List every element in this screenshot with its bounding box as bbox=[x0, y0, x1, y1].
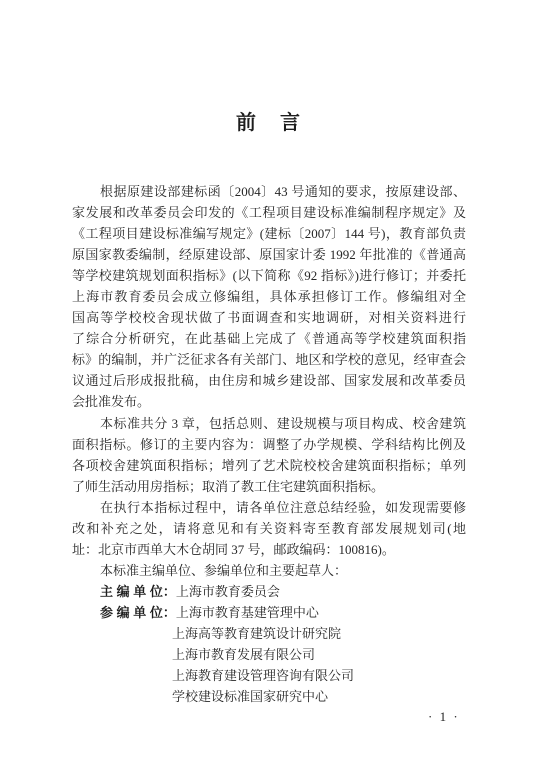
body-line: 原国家教委编制，经原建设部、原国家计委 1992 年批准的《普通高 bbox=[72, 244, 466, 265]
body-line: 本标准共分 3 章，包括总则、建设规模与项目构成、校舍建筑 bbox=[72, 413, 466, 434]
body-line: 本标准主编单位、参编单位和主要起草人： bbox=[72, 560, 466, 581]
body-line: 面积指标。修订的主要内容为：调整了办学规模、学科结构比例及 bbox=[72, 434, 466, 455]
chief-editor-value: 上海市教育委员会 bbox=[176, 584, 280, 599]
body-line: 《工程项目建设标准编写规定》(建标〔2007〕144 号)，教育部负责对 bbox=[72, 223, 466, 244]
body-line: 各项校舍建筑面积指标；增列了艺术院校校舍建筑面积指标；单列 bbox=[72, 455, 466, 476]
credit-org-line: 上海市教育发展有限公司 bbox=[72, 644, 466, 665]
body-line: 等学校建筑规划面积指标》(以下简称《92 指标》)进行修订；并委托 bbox=[72, 265, 466, 286]
page-number: · 1 · bbox=[428, 709, 460, 725]
credit-org-line: 学校建设标准国家研究中心 bbox=[72, 686, 466, 707]
body-line: 标》的编制，并广泛征求各有关部门、地区和学校的意见，经审查会 bbox=[72, 349, 466, 370]
body-line: 家发展和改革委员会印发的《工程项目建设标准编制程序规定》及 bbox=[72, 202, 466, 223]
body-line: 国高等学校校舍现状做了书面调查和实地调研，对相关资料进行 bbox=[72, 307, 466, 328]
body-line: 根据原建设部建标函〔2004〕43 号通知的要求，按原建设部、国 bbox=[72, 181, 466, 202]
foreword-title: 前 言 bbox=[72, 110, 466, 136]
foreword-body: 根据原建设部建标函〔2004〕43 号通知的要求，按原建设部、国 家发展和改革委… bbox=[72, 181, 466, 707]
co-editor-label: 参 编 单 位： bbox=[100, 605, 176, 620]
body-line: 议通过后形成报批稿，由住房和城乡建设部、国家发展和改革委员 bbox=[72, 370, 466, 391]
co-editor-line: 参 编 单 位：上海市教育基建管理中心 bbox=[72, 602, 466, 623]
body-line: 会批准发布。 bbox=[72, 391, 466, 412]
chief-editor-line: 主 编 单 位：上海市教育委员会 bbox=[72, 581, 466, 602]
body-line: 改和补充之处，请将意见和有关资料寄至教育部发展规划司(地 bbox=[72, 518, 466, 539]
co-editor-value: 上海市教育基建管理中心 bbox=[176, 605, 319, 620]
credit-org-line: 上海高等教育建筑设计研究院 bbox=[72, 623, 466, 644]
document-page: 前 言 根据原建设部建标函〔2004〕43 号通知的要求，按原建设部、国 家发展… bbox=[0, 0, 548, 763]
chief-editor-label: 主 编 单 位： bbox=[100, 584, 176, 599]
credit-org-line: 上海教育建设管理咨询有限公司 bbox=[72, 665, 466, 686]
body-line: 上海市教育委员会成立修编组，具体承担修订工作。修编组对全 bbox=[72, 286, 466, 307]
body-line: 在执行本指标过程中，请各单位注意总结经验，如发现需要修 bbox=[72, 497, 466, 518]
body-line: 了综合分析研究，在此基础上完成了《普通高等学校建筑面积指 bbox=[72, 328, 466, 349]
body-line: 了师生活动用房指标；取消了教工住宅建筑面积指标。 bbox=[72, 476, 466, 497]
body-line: 址：北京市西单大木仓胡同 37 号，邮政编码：100816)。 bbox=[72, 539, 466, 560]
